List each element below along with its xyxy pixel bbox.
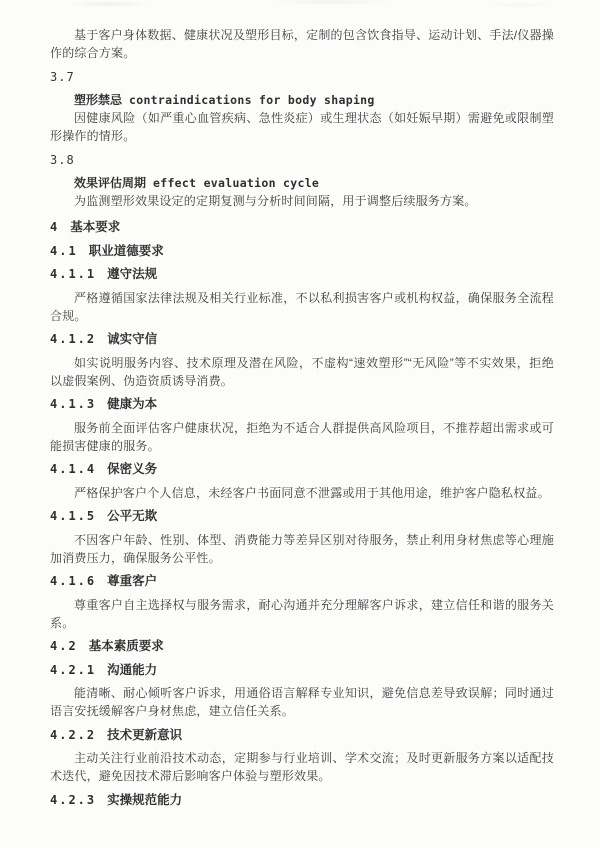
- subsection-heading: 4.2.2技术更新意识: [50, 726, 554, 744]
- subsection-heading: 4.1.6尊重客户: [50, 572, 554, 590]
- subsection-number: 4.2.1: [50, 663, 96, 677]
- term-heading: 效果评估周期effect evaluation cycle: [50, 174, 554, 192]
- subsection-number: 4.1.1: [50, 267, 96, 281]
- section-title: 职业道德要求: [89, 244, 164, 258]
- subsection-heading: 4.1.3健康为本: [50, 395, 554, 413]
- subsection-number: 4.2.2: [50, 728, 96, 742]
- subsection-title: 诚实守信: [107, 332, 157, 346]
- subsection-title: 公平无欺: [107, 509, 157, 523]
- paragraph: 主动关注行业前沿技术动态，定期参与行业培训、学术交流；及时更新服务方案以适配技术…: [50, 749, 554, 785]
- paragraph: 服务前全面评估客户健康状况，拒绝为不适合人群提供高风险项目，不推荐超出需求或可能…: [50, 419, 554, 455]
- section-number: 4.1: [50, 244, 78, 258]
- clause-number: 3.7: [50, 68, 554, 86]
- term-heading: 塑形禁忌contraindications for body shaping: [50, 91, 554, 109]
- chapter-heading: 4基本要求: [50, 218, 554, 236]
- subsection-heading: 4.1.1遵守法规: [50, 265, 554, 283]
- paragraph: 严格遵循国家法律法规及相关行业标准，不以私利损害客户或机构权益，确保服务全流程合…: [50, 289, 554, 325]
- subsection-title: 技术更新意识: [107, 728, 182, 742]
- term-en: effect evaluation cycle: [153, 176, 319, 190]
- section-heading: 4.1职业道德要求: [50, 242, 554, 260]
- subsection-number: 4.1.5: [50, 509, 96, 523]
- subsection-title: 尊重客户: [107, 574, 157, 588]
- term-zh: 塑形禁忌: [74, 93, 122, 107]
- subsection-title: 保密义务: [107, 462, 157, 476]
- chapter-number: 4: [50, 220, 59, 234]
- subsection-heading: 4.2.1沟通能力: [50, 661, 554, 679]
- paragraph: 为监测塑形效果设定的定期复测与分析时间间隔，用于调整后续服务方案。: [50, 192, 554, 210]
- scan-artifact-top: [0, 0, 600, 12]
- section-number: 4.2: [50, 639, 78, 653]
- subsection-title: 实操规范能力: [107, 793, 182, 807]
- term-zh: 效果评估周期: [74, 176, 146, 190]
- paragraph: 严格保护客户个人信息，未经客户书面同意不泄露或用于其他用途，维护客户隐私权益。: [50, 484, 554, 502]
- paragraph: 因健康风险（如严重心血管疾病、急性炎症）或生理状态（如妊娠早期）需避免或限制塑形…: [50, 109, 554, 145]
- subsection-number: 4.1.6: [50, 574, 96, 588]
- subsection-number: 4.2.3: [50, 793, 96, 807]
- paragraph: 能清晰、耐心倾听客户诉求，用通俗语言解释专业知识，避免信息差导致误解；同时通过语…: [50, 684, 554, 720]
- subsection-heading: 4.1.5公平无欺: [50, 507, 554, 525]
- subsection-heading: 4.1.2诚实守信: [50, 330, 554, 348]
- chapter-title: 基本要求: [70, 220, 120, 234]
- subsection-heading: 4.2.3实操规范能力: [50, 791, 554, 809]
- subsection-title: 遵守法规: [107, 267, 157, 281]
- section-heading: 4.2基本素质要求: [50, 637, 554, 655]
- paragraph: 不因客户年龄、性别、体型、消费能力等差异区别对待服务，禁止利用身材焦虑等心理施加…: [50, 531, 554, 567]
- subsection-number: 4.1.3: [50, 397, 96, 411]
- subsection-title: 健康为本: [107, 397, 157, 411]
- subsection-number: 4.1.2: [50, 332, 96, 346]
- paragraph: 如实说明服务内容、技术原理及潜在风险，不虚构“速效塑形”“无风险”等不实效果，拒…: [50, 354, 554, 390]
- document-page: 基于客户身体数据、健康状况及塑形目标，定制的包含饮食指导、运动计划、手法/仪器操…: [0, 0, 600, 848]
- paragraph: 基于客户身体数据、健康状况及塑形目标，定制的包含饮食指导、运动计划、手法/仪器操…: [50, 26, 554, 62]
- section-title: 基本素质要求: [89, 639, 164, 653]
- subsection-number: 4.1.4: [50, 462, 96, 476]
- subsection-title: 沟通能力: [107, 663, 157, 677]
- subsection-heading: 4.1.4保密义务: [50, 460, 554, 478]
- clause-number: 3.8: [50, 151, 554, 169]
- term-en: contraindications for body shaping: [129, 93, 375, 107]
- paragraph: 尊重客户自主选择权与服务需求，耐心沟通并充分理解客户诉求，建立信任和谐的服务关系…: [50, 596, 554, 632]
